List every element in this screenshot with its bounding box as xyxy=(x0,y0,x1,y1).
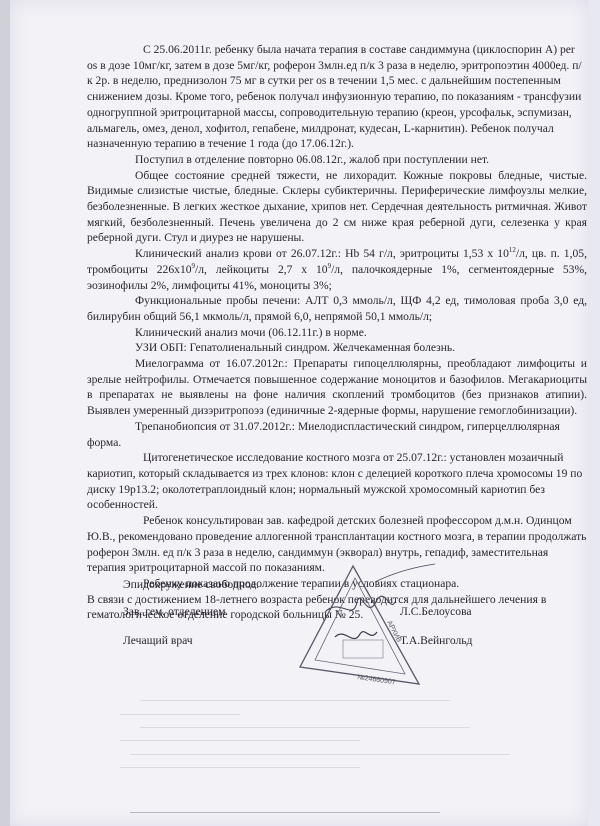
paragraph-cytogenetic: Цитогенетическое исследование костного м… xyxy=(87,450,587,513)
paragraph-therapy: С 25.06.2011г. ребенку была начата терап… xyxy=(87,42,587,152)
paragraph-myelogram: Миелограмма от 16.07.2012г.: Препараты г… xyxy=(87,356,587,419)
bleed-through-text xyxy=(110,700,490,711)
document-body: С 25.06.2011г. ребенку была начата терап… xyxy=(87,42,587,623)
head-of-department-label: Зав. гем. отделением xyxy=(123,605,226,618)
attending-doctor-label: Лечащий врач xyxy=(123,634,193,647)
epid-note: Эпидокружение свободное. xyxy=(123,578,259,591)
paragraph-status: Общее состояние средней тяжести, не лихо… xyxy=(87,168,587,247)
triangle-stamp-icon: №24660907 АРХИВ xyxy=(295,562,455,687)
paragraph-admission: Поступил в отделение повторно 06.08.12г.… xyxy=(87,152,587,168)
paragraph-blood-analysis: Клинический анализ крови от 26.07.12г.: … xyxy=(87,246,587,293)
paragraph-trephine: Трепанобиопсия от 31.07.2012г.: Миелодис… xyxy=(87,419,587,450)
paragraph-liver-tests: Функциональные пробы печени: АЛТ 0,3 ммо… xyxy=(87,293,587,324)
stamp-number: №24660907 xyxy=(357,674,396,686)
document-page: С 25.06.2011г. ребенку была начата терап… xyxy=(10,0,588,826)
superscript: 12 xyxy=(509,246,516,254)
paragraph-urine: Клинический анализ мочи (06.12.11г.) в н… xyxy=(87,325,587,341)
scan-left-edge xyxy=(0,0,10,826)
paragraph-ultrasound: УЗИ ОБП: Гепатолиенальный синдром. Желче… xyxy=(87,340,587,356)
blood-text-3: /л, лейкоциты 2,7 х 10 xyxy=(195,263,328,276)
scan-right-edge xyxy=(588,0,600,826)
blood-text-1: Клинический анализ крови от 26.07.12г.: … xyxy=(135,247,509,260)
